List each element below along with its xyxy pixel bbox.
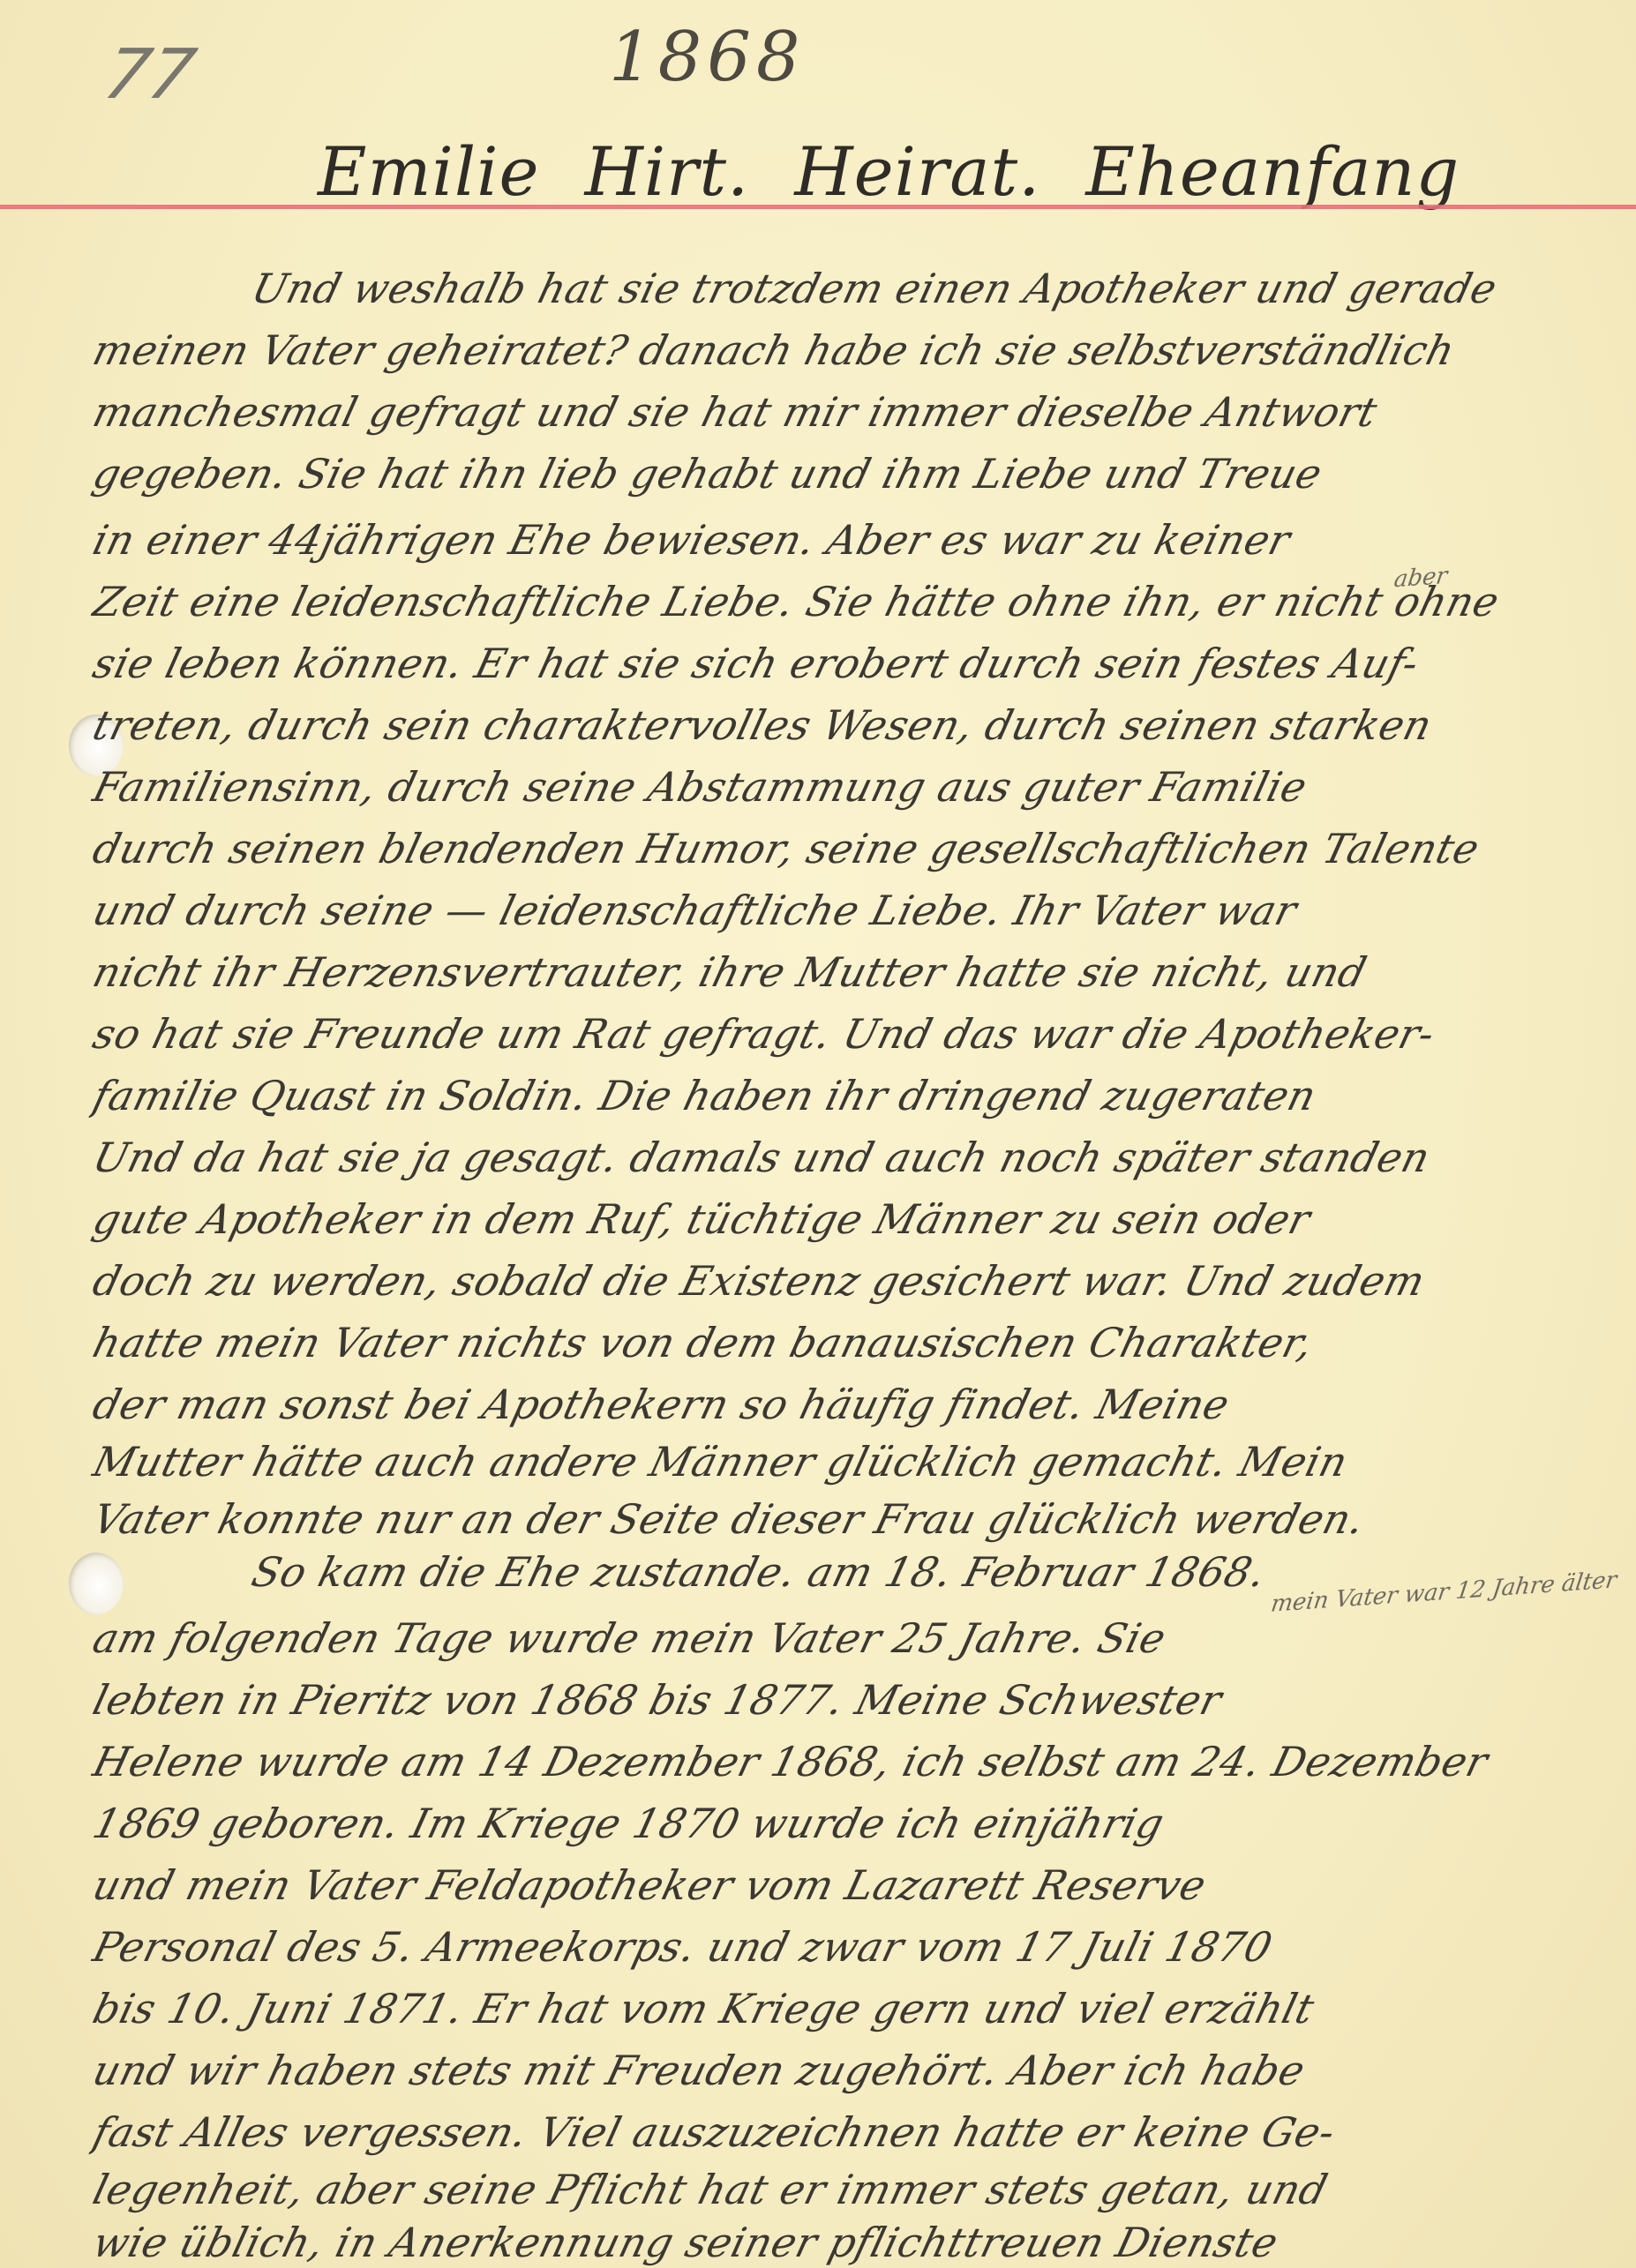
text-line: Familiensinn, durch seine Abstammung aus… <box>88 763 1577 811</box>
text-line: Zeit eine leidenschaftliche Liebe. Sie h… <box>88 578 1577 625</box>
text-line: so hat sie Freunde um Rat gefragt. Und d… <box>88 1010 1577 1058</box>
text-line: Personal des 5. Armeekorps. und zwar vom… <box>88 1923 1577 1971</box>
text-line: Und da hat sie ja gesagt. damals und auc… <box>88 1134 1577 1181</box>
text-line: Vater konnte nur an der Seite dieser Fra… <box>88 1495 1577 1543</box>
text-line: nicht ihr Herzensvertrauter, ihre Mutter… <box>88 948 1577 996</box>
text-line: legenheit, aber seine Pflicht hat er imm… <box>88 2166 1577 2213</box>
text-line: treten, durch sein charaktervolles Wesen… <box>88 701 1577 749</box>
text-line: gute Apotheker in dem Ruf, tüchtige Männ… <box>88 1195 1577 1243</box>
text-line: hatte mein Vater nichts von dem banausis… <box>88 1319 1577 1366</box>
text-line: in einer 44jährigen Ehe bewiesen. Aber e… <box>88 516 1577 564</box>
text-line: der man sonst bei Apothekern so häufig f… <box>88 1381 1577 1428</box>
text-line: wie üblich, in Anerkennung seiner pflich… <box>88 2219 1577 2266</box>
text-line: und durch seine — leidenschaftliche Lieb… <box>88 887 1577 934</box>
text-line: manchesmal gefragt und sie hat mir immer… <box>88 388 1577 436</box>
text-line: sie leben können. Er hat sie sich erober… <box>88 640 1577 687</box>
text-line: am folgenden Tage wurde mein Vater 25 Ja… <box>88 1614 1577 1662</box>
page-number: 77 <box>97 35 201 115</box>
text-line: Und weshalb hat sie trotzdem einen Apoth… <box>247 265 1577 312</box>
text-line: lebten in Pieritz von 1868 bis 1877. Mei… <box>88 1676 1577 1724</box>
text-line: und wir haben stets mit Freuden zugehört… <box>88 2047 1577 2094</box>
text-line: 1869 geboren. Im Kriege 1870 wurde ich e… <box>88 1800 1577 1847</box>
text-line: Helene wurde am 14 Dezember 1868, ich se… <box>88 1738 1577 1785</box>
punch-hole-bottom <box>69 1553 124 1614</box>
text-line: So kam die Ehe zustande. am 18. Februar … <box>247 1548 1577 1596</box>
text-line: fast Alles vergessen. Viel auszuzeichnen… <box>88 2108 1577 2156</box>
text-line: durch seinen blendenden Humor, seine ges… <box>88 825 1577 872</box>
text-line: doch zu werden, sobald die Existenz gesi… <box>88 1257 1577 1305</box>
text-line: familie Quast in Soldin. Die haben ihr d… <box>88 1072 1577 1119</box>
text-line: Mutter hätte auch andere Männer glücklic… <box>88 1438 1577 1486</box>
text-line: meinen Vater geheiratet? danach habe ich… <box>88 326 1577 374</box>
page-title: Emilie Hirt. Heirat. Eheanfang <box>318 132 1460 211</box>
text-line: bis 10. Juni 1871. Er hat vom Kriege ger… <box>88 1985 1577 2032</box>
text-line: und mein Vater Feldapotheker vom Lazaret… <box>88 1861 1577 1909</box>
text-line: gegeben. Sie hat ihn lieb gehabt und ihm… <box>88 450 1577 498</box>
year-heading: 1868 <box>609 18 806 97</box>
header-red-rule <box>0 205 1636 209</box>
